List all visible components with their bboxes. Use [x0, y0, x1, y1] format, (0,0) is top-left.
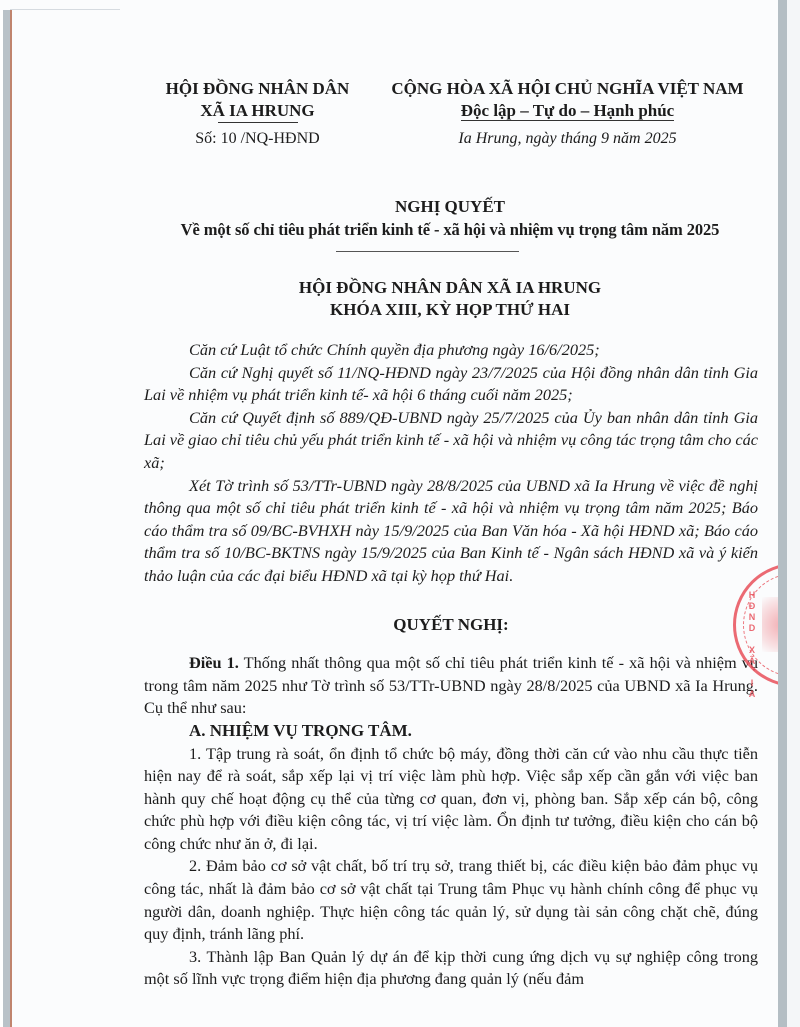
preamble-item: Căn cứ Nghị quyết số 11/NQ-HĐND ngày 23/…	[144, 362, 758, 407]
national-motto-text: Độc lập – Tự do – Hạnh phúc	[461, 101, 674, 121]
scan-edge-right	[778, 0, 800, 1027]
scan-edge-top	[10, 9, 120, 10]
national-heading-block: CỘNG HÒA XÃ HỘI CHỦ NGHĨA VIỆT NAM Độc l…	[380, 78, 755, 150]
section-a-item: 1. Tập trung rà soát, ổn định tổ chức bộ…	[144, 743, 758, 856]
scan-edge-right-shadow	[778, 0, 787, 1027]
document-type: NGHỊ QUYẾT	[130, 196, 770, 218]
commune-underline	[218, 122, 298, 123]
issuer-council: HỘI ĐỒNG NHÂN DÂN XÃ IA HRUNG	[130, 277, 770, 299]
section-a-item: 2. Đảm bảo cơ sở vật chất, bố trí trụ sở…	[144, 855, 758, 945]
place-date: Ia Hrung, ngày tháng 9 năm 2025	[380, 128, 755, 150]
subject-underline	[336, 251, 519, 252]
national-motto: Độc lập – Tự do – Hạnh phúc	[380, 100, 755, 122]
issuer-session: KHÓA XIII, KỲ HỌP THỨ HAI	[130, 299, 770, 321]
scan-edge-right-margin	[787, 0, 800, 1027]
preamble-item: Xét Tờ trình số 53/TTr-UBND ngày 28/8/20…	[144, 475, 758, 588]
article-1-label: Điều 1.	[189, 653, 239, 672]
preamble-item: Căn cứ Quyết định số 889/QĐ-UBND ngày 25…	[144, 407, 758, 475]
article-1: Điều 1. Thống nhất thông qua một số chỉ …	[144, 652, 758, 720]
preamble-item: Căn cứ Luật tổ chức Chính quyền địa phươ…	[144, 339, 758, 362]
authority-name: HỘI ĐỒNG NHÂN DÂN	[140, 78, 375, 100]
issuer-block: HỘI ĐỒNG NHÂN DÂN XÃ IA HRUNG KHÓA XIII,…	[130, 277, 770, 321]
document-number: Số: 10 /NQ-HĐND	[140, 128, 375, 150]
section-a-heading: A. NHIỆM VỤ TRỌNG TÂM.	[144, 720, 758, 743]
commune-name-text: XÃ IA HRUNG	[200, 101, 314, 120]
national-title: CỘNG HÒA XÃ HỘI CHỦ NGHĨA VIỆT NAM	[380, 78, 755, 100]
commune-name: XÃ IA HRUNG	[140, 100, 375, 122]
issuing-authority-block: HỘI ĐỒNG NHÂN DÂN XÃ IA HRUNG Số: 10 /NQ…	[140, 78, 375, 150]
decision-heading: QUYẾT NGHỊ:	[144, 614, 758, 637]
scan-edge-left-line	[10, 10, 12, 1027]
document-subject: Về một số chỉ tiêu phát triển kinh tế - …	[130, 219, 770, 241]
official-seal-text: HĐND XÃ IA	[745, 590, 759, 700]
section-a-item: 3. Thành lập Ban Quản lý dự án để kịp th…	[144, 946, 758, 991]
document-body: Căn cứ Luật tổ chức Chính quyền địa phươ…	[144, 339, 758, 991]
